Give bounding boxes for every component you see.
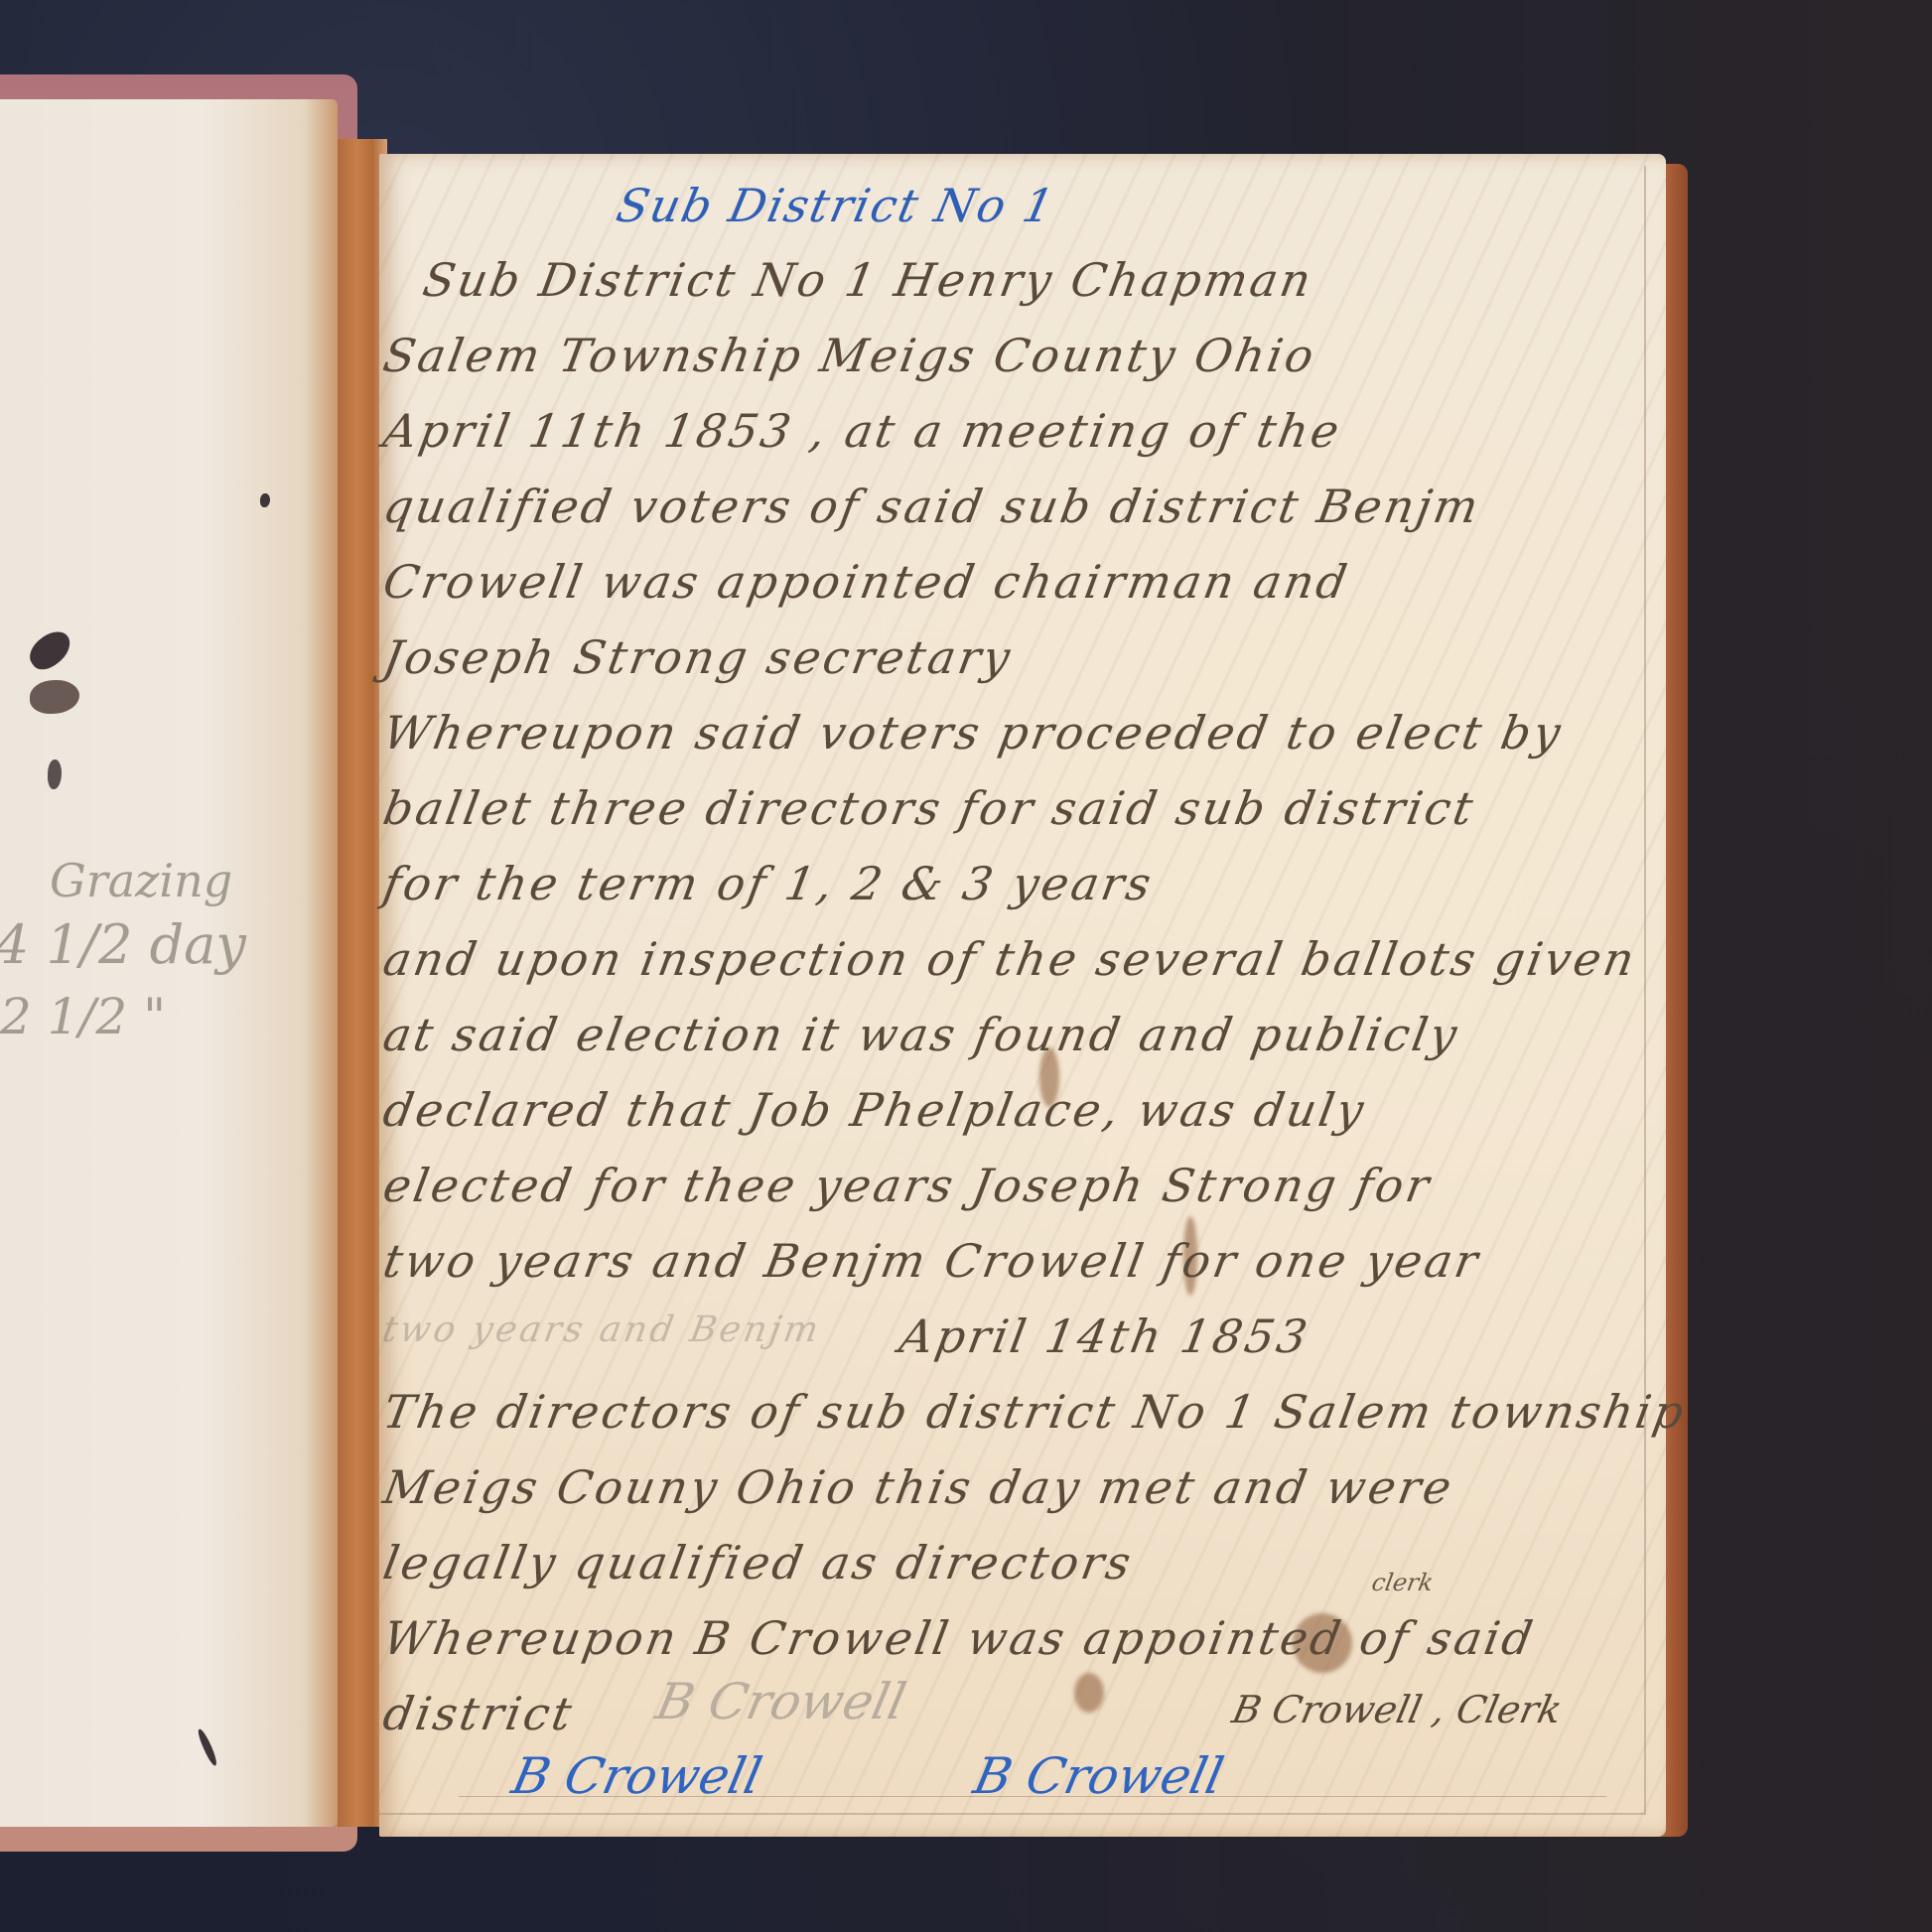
text-line: ballet three directors for said sub dist… xyxy=(379,781,1479,835)
ledger-page: Sub District No 1 Sub District No 1 Henr… xyxy=(379,154,1666,1837)
text-line: Crowell was appointed chairman and xyxy=(379,555,1354,609)
text-line: for the term of 1, 2 & 3 years xyxy=(379,857,1158,910)
stain xyxy=(1074,1673,1104,1713)
text-line: April 11th 1853 , at a meeting of the xyxy=(379,404,1346,458)
clerk-signature: B Crowell , Clerk xyxy=(1228,1688,1566,1731)
ink-blot xyxy=(48,759,62,789)
text-line: Sub District No 1 Henry Chapman xyxy=(419,253,1317,307)
left-fragment-1: Grazing xyxy=(50,854,232,907)
text-line: declared that Job Phelplace, was duly xyxy=(379,1083,1370,1137)
text-line: elected for thee years Joseph Strong for xyxy=(379,1159,1436,1212)
text-line: April 14th 1853 xyxy=(896,1310,1314,1363)
ink-blot xyxy=(30,680,79,714)
faint-erased-line: two years and Benjm xyxy=(379,1310,824,1350)
ink-blot xyxy=(196,1727,219,1767)
text-line: legally qualified as directors xyxy=(379,1536,1138,1589)
caret-insert-clerk: clerk xyxy=(1370,1569,1436,1596)
text-line: at said election it was found and public… xyxy=(379,1008,1463,1061)
pencil-signature: B Crowell xyxy=(651,1673,911,1730)
ink-blot xyxy=(23,625,76,675)
page-heading: Sub District No 1 xyxy=(612,179,1060,232)
text-line: Whereupon said voters proceeded to elect… xyxy=(379,706,1568,759)
left-fragment-2: 4 1/2 day xyxy=(0,913,246,976)
text-line: district xyxy=(379,1687,579,1740)
text-line: The directors of sub district No 1 Salem… xyxy=(379,1385,1691,1439)
left-page: Grazing 4 1/2 day 2 1/2 " xyxy=(0,99,338,1827)
ink-blot xyxy=(260,493,270,507)
text-line: Meigs Couny Ohio this day met and were xyxy=(379,1460,1458,1514)
text-line: qualified voters of said sub district Be… xyxy=(379,480,1485,533)
text-line: Salem Township Meigs County Ohio xyxy=(379,329,1320,382)
text-line: and upon inspection of the several ballo… xyxy=(379,932,1641,986)
text-line: Joseph Strong secretary xyxy=(379,630,1017,684)
text-line: two years and Benjm Crowell for one year xyxy=(379,1234,1484,1288)
bottom-rule xyxy=(459,1796,1606,1797)
text-line: Whereupon B Crowell was appointed of sai… xyxy=(379,1611,1540,1665)
left-fragment-3: 2 1/2 " xyxy=(0,988,166,1045)
